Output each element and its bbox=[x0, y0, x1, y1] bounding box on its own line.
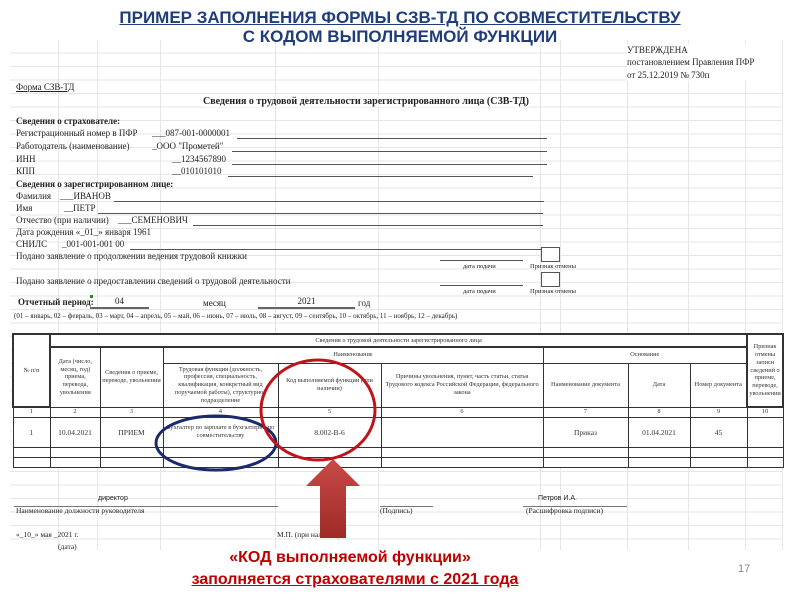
blue-highlight-ellipse bbox=[156, 416, 276, 470]
callout-line1: «КОД выполняемой функции» bbox=[150, 548, 550, 567]
callout-line2: заполняется страхователями с 2021 года bbox=[145, 570, 565, 589]
page-number: 17 bbox=[738, 563, 750, 575]
annotation-overlay bbox=[0, 0, 800, 600]
up-arrow-icon bbox=[306, 459, 360, 538]
red-highlight-ellipse bbox=[261, 360, 375, 460]
